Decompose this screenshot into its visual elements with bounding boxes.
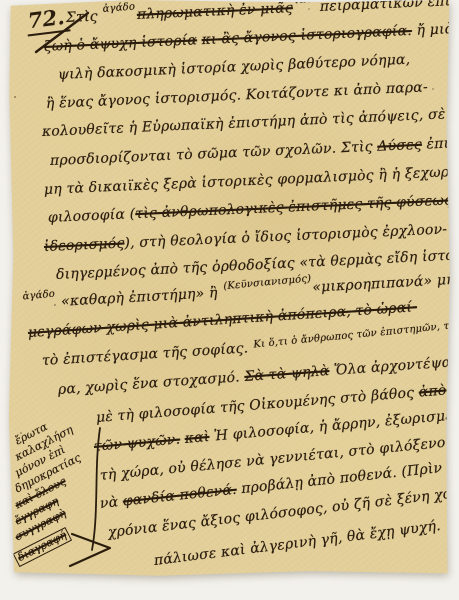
struck-text: τὶς ἀνθρωπολογικὲς ἐπιστῆμες τῆς φύσεως xyxy=(135,193,451,223)
handwritten-text: ἐπιστή- xyxy=(421,134,451,153)
handwritten-text: τῶν xyxy=(446,380,451,399)
handwritten-text: ), στὴ θεολογία ὁ ἴδιος ἱστορισμὸς ἐρχλο… xyxy=(124,221,447,251)
struck-text: ἀπὸ xyxy=(418,383,447,401)
handwritten-text: πειραματικῶν ἐπιστήμων xyxy=(315,0,451,15)
margin-note: ἔρωτακαλαχλήσημόνον ἐπὶδημοκρατίαςκαὶ ὅλ… xyxy=(16,436,108,571)
struck-text: πληρωματικὴ ἐν μιᾶς xyxy=(137,0,294,23)
struck-text: ἰδεορισμός xyxy=(44,235,125,254)
interlinear-insertion: ἀγάδο xyxy=(103,2,136,15)
struck-text: ζωὴ ὁ ἄψυχη ἱστορία xyxy=(44,32,198,55)
handwritten-text: προσδιορίζονται τὸ σῶμα τῶν σχολῶν. Στὶς xyxy=(50,139,378,169)
handwritten-text: ψιλὴ δακοσμικὴ ἱστορία χωρὶς βαθύτερο νό… xyxy=(58,52,411,83)
struck-text: κι ἂς ἄγονος ἱστοριογραφία. xyxy=(201,23,412,48)
handwritten-text: «μικροηπιπανά» μὴν ἕξ ἕνα xyxy=(312,268,451,296)
interlinear-insertion: ἀγάδο xyxy=(22,290,55,303)
struck-text: φανδία ποθενά. xyxy=(122,482,237,510)
handwritten-text: Ὅλα ἀρχοντέψαμε ἡ xyxy=(329,352,451,379)
struck-text: Δύσες xyxy=(377,137,422,155)
interlinear-insertion: τῶν xyxy=(293,0,314,6)
paper-sheet-shadow: 72. Στὶς ἀγάδοπληρωματικὴ ἐν μιᾶςτῶν πει… xyxy=(8,0,451,578)
struck-text: καὶ xyxy=(184,429,210,447)
handwritten-text: Στὶς xyxy=(66,8,103,26)
handwritten-text: ἤ μιὰ xyxy=(412,21,451,39)
struck-text: Σὰ τὰ ψηλὰ xyxy=(244,363,330,385)
handwritten-text: φιλοσοφία ( xyxy=(48,206,136,226)
interlinear-insertion: (Κεϋνσιανισμός) xyxy=(223,274,312,292)
paper-sheet: 72. Στὶς ἀγάδοπληρωματικὴ ἐν μιᾶςτῶν πει… xyxy=(8,0,451,578)
manuscript-photo: 72. Στὶς ἀγάδοπληρωματικὴ ἐν μιᾶςτῶν πει… xyxy=(0,0,459,600)
handwritten-text: τὸ ἐπιστέγασμα τῆς σοφίας. xyxy=(42,340,254,369)
interlinear-insertion: (Συγ.) xyxy=(450,426,451,440)
handwritten-text: ρα, χωρὶς ἕνα στοχασμό. xyxy=(57,369,245,398)
handwritten-text: «καθαρὴ ἐπιστήμη» ἢ xyxy=(56,285,223,310)
